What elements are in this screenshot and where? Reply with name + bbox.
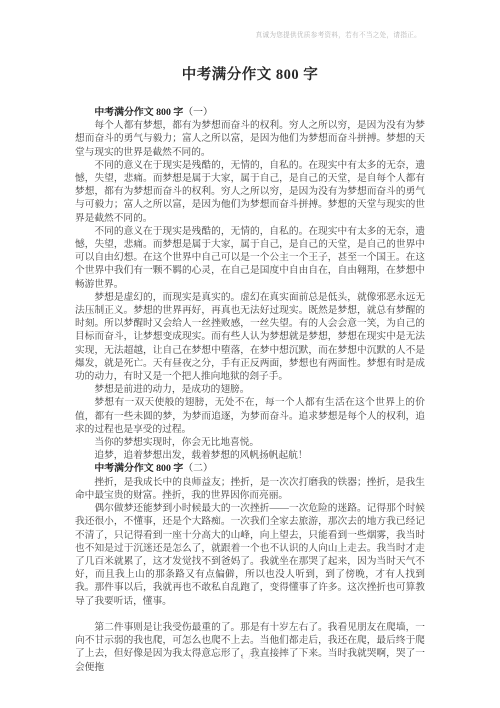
document-page: 真诚为您提供优质参考资料，若有不当之处，请指正。 中考满分作文 800 字 中考… [0,0,500,708]
document-body: 中考满分作文 800 字（一） 每个人都有梦想，都有为梦想而奋斗的权利。穷人之所… [75,106,425,674]
paragraph: 梦想有一双天使般的翅膀，无处不在，每一个人都有生活在这个世界上的价值，都有一些未… [75,396,425,436]
section-heading-2-number: （二） [183,463,213,474]
section-heading-1: 中考满分作文 800 字（一） [75,106,425,119]
paragraph: 第二件事则是让我受伤最重的了。那是有十岁左右了。我看见朋友在爬墙，一向不甘示弱的… [75,621,425,674]
paragraph: 每个人都有梦想，都有为梦想而奋斗的权利。穷人之所以穷，是因为没有为梦想而奋斗的勇… [75,119,425,159]
paragraph: 当你的梦想实现时，你会无比地喜悦。 [75,436,425,449]
paragraph: 偶尔做梦还能梦到小时候最大的一次挫折——一次危险的迷路。记得那个时候我还很小，不… [75,502,425,608]
section-heading-2: 中考满分作文 800 字（二） [75,462,425,475]
paragraph: 梦想是虚幻的，而现实是真实的。虚幻在真实面前总是低头，就像邪恶永远无法压制正义。… [75,291,425,383]
paragraph: 不同的意义在于现实是残酷的，无情的，自私的。在现实中有太多的无奈，遗憾，失望，悲… [75,225,425,291]
paragraph: 追梦，追着梦想出发，载着梦想的风帆扬帆起航！ [75,449,425,462]
section-heading-1-number: （一） [183,107,213,118]
header-disclaimer-text: 真诚为您提供优质参考资料，若有不当之处，请指正。 [256,29,421,39]
document-title: 中考满分作文 800 字 [0,63,500,84]
paragraph: 梦想是前进的动力，是成功的翅膀。 [75,383,425,396]
paragraph: 不同的意义在于现实是残酷的，无情的，自私的。在现实中有太多的无奈，遗憾，失望，悲… [75,159,425,225]
paragraph: 挫折，是我成长中的良师益友；挫折，是一次次打磨我的铁器；挫折，是我生命中最宝贵的… [75,476,425,502]
page-number-indicator: 1 / 2 [0,652,500,661]
section-heading-2-text: 中考满分作文 800 字 [94,463,183,474]
section-heading-1-text: 中考满分作文 800 字 [94,107,183,118]
